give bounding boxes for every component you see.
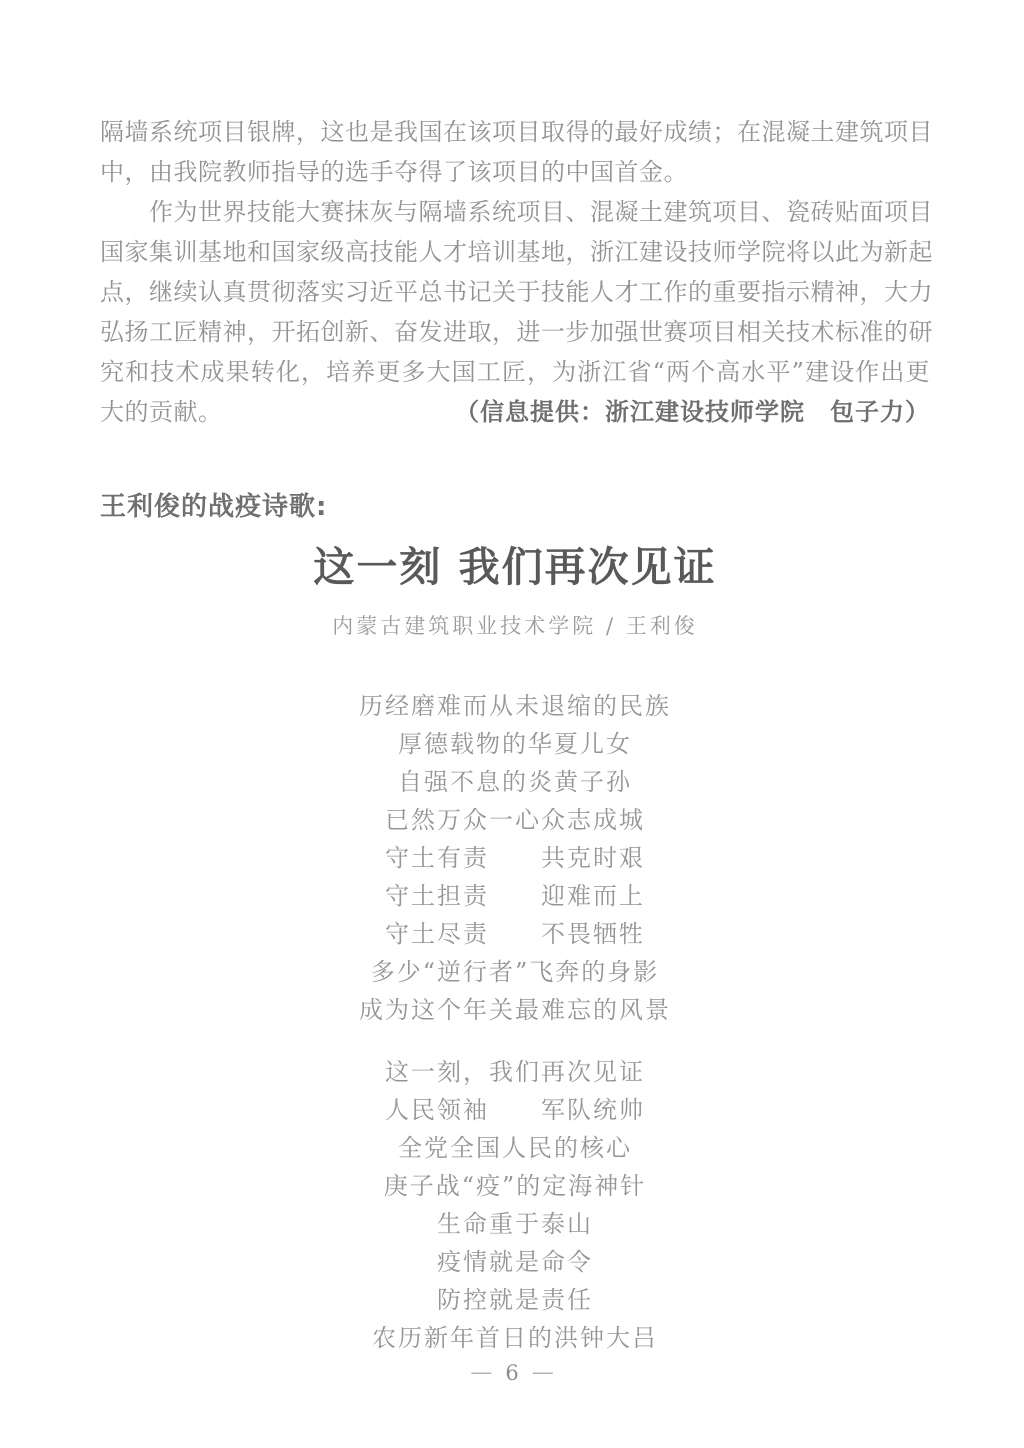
page-content: 隔墙系统项目银牌，这也是我国在该项目取得的最好成绩；在混凝土建筑项目中，由我院教… (0, 0, 1024, 1357)
poem-line: 厚德载物的华夏儿女 (100, 725, 930, 763)
article-body: 隔墙系统项目银牌，这也是我国在该项目取得的最好成绩；在混凝土建筑项目中，由我院教… (100, 0, 930, 432)
footer-dash-right: — (532, 1358, 554, 1388)
paragraph-line: 国家集训基地和国家级高技能人才培训基地，浙江建设技师学院将以此为新起 (100, 232, 930, 272)
article-paragraph-2: 作为世界技能大赛抹灰与隔墙系统项目、混凝土建筑项目、瓷砖贴面项目国家集训基地和国… (100, 192, 930, 392)
paragraph-line: 弘扬工匠精神，开拓创新、奋发进取，进一步加强世赛项目相关技术标准的研 (100, 312, 930, 352)
poem-line: 守土担责 迎难而上 (100, 877, 930, 915)
poem-line: 人民领袖 军队统帅 (100, 1091, 930, 1129)
info-credit: （信息提供：浙江建设技师学院 包子力） (455, 392, 930, 432)
poem-title: 这一刻 我们再次见证 (100, 539, 930, 595)
poem-line: 全党全国人民的核心 (100, 1129, 930, 1167)
poem-line: 守土尽责 不畏牺牲 (100, 915, 930, 953)
poem-line: 历经磨难而从未退缩的民族 (100, 687, 930, 725)
poem-byline: 内蒙古建筑职业技术学院 / 王利俊 (100, 611, 930, 641)
poem-line: 守土有责 共克时艰 (100, 839, 930, 877)
footer-dash-left: — (470, 1358, 492, 1388)
poem-line: 疫情就是命令 (100, 1243, 930, 1281)
paragraph-last-line: 大的贡献。 （信息提供：浙江建设技师学院 包子力） (100, 392, 930, 432)
poem-line: 已然万众一心众志成城 (100, 801, 930, 839)
poem-line: 成为这个年关最难忘的风景 (100, 991, 930, 1029)
paragraph-line: 究和技术成果转化，培养更多大国工匠，为浙江省“两个高水平”建设作出更 (100, 352, 930, 392)
poem-stanza-1: 历经磨难而从未退缩的民族厚德载物的华夏儿女自强不息的炎黄子孙已然万众一心众志成城… (100, 687, 930, 1029)
poem-line: 生命重于泰山 (100, 1205, 930, 1243)
poem-stanza-2: 这一刻，我们再次见证人民领袖 军队统帅全党全国人民的核心庚子战“疫”的定海神针生… (100, 1053, 930, 1357)
poem-line: 自强不息的炎黄子孙 (100, 763, 930, 801)
paragraph-line: 隔墙系统项目银牌，这也是我国在该项目取得的最好成绩；在混凝土建筑项目 (100, 112, 930, 152)
poem-line: 多少“逆行者”飞奔的身影 (100, 953, 930, 991)
poem-line: 防控就是责任 (100, 1281, 930, 1319)
paragraph-line: 作为世界技能大赛抹灰与隔墙系统项目、混凝土建筑项目、瓷砖贴面项目 (100, 192, 930, 232)
poem-kicker: 王利俊的战疫诗歌: (100, 486, 930, 523)
document-page: 隔墙系统项目银牌，这也是我国在该项目取得的最好成绩；在混凝土建筑项目中，由我院教… (0, 0, 1024, 1448)
poem-line: 这一刻，我们再次见证 (100, 1053, 930, 1091)
paragraph-line: 点，继续认真贯彻落实习近平总书记关于技能人才工作的重要指示精神，大力 (100, 272, 930, 312)
poem-line: 农历新年首日的洪钟大吕 (100, 1319, 930, 1357)
poem-line: 庚子战“疫”的定海神针 (100, 1167, 930, 1205)
paragraph-line: 中，由我院教师指导的选手夺得了该项目的中国首金。 (100, 152, 930, 192)
page-number: 6 (505, 1358, 518, 1388)
paragraph-tail-text: 大的贡献。 (100, 392, 223, 432)
article-paragraph-1: 隔墙系统项目银牌，这也是我国在该项目取得的最好成绩；在混凝土建筑项目中，由我院教… (100, 112, 930, 192)
page-footer: — 6 — (0, 1358, 1024, 1388)
